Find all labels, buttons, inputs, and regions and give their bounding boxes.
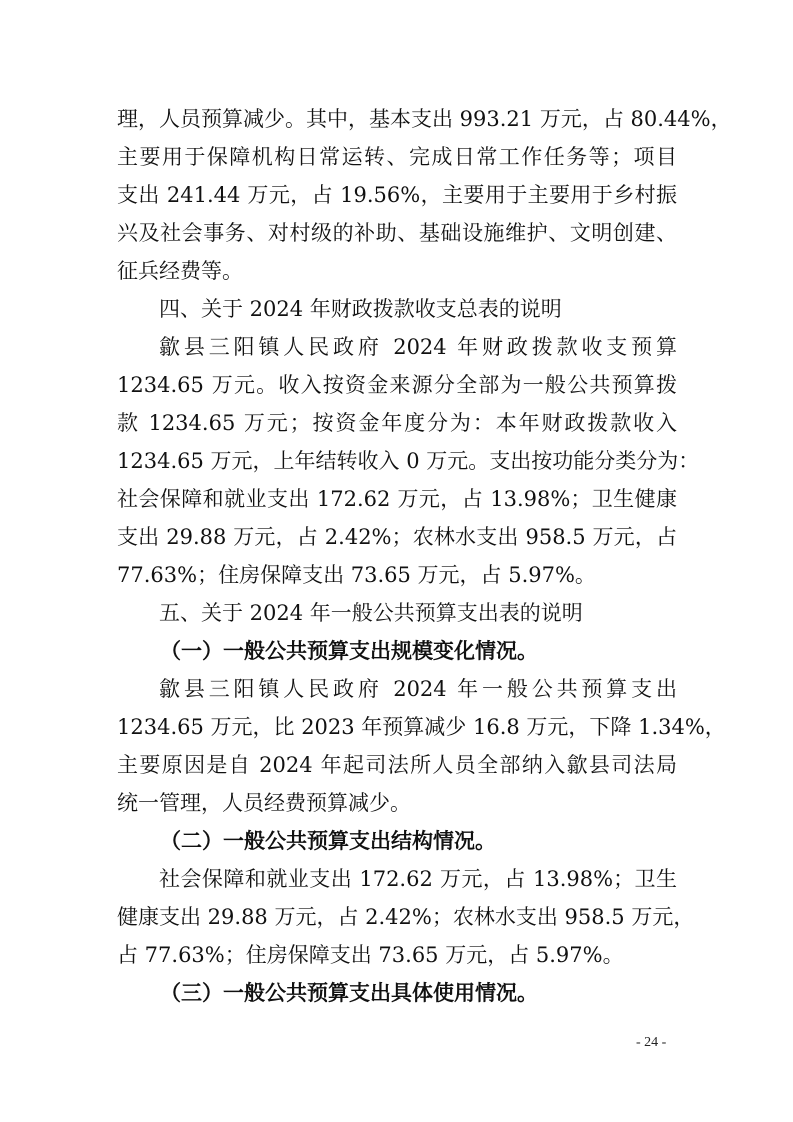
- subheading-2: （二）一般公共预算支出结构情况。: [160, 822, 496, 860]
- section-heading-5: 五、关于 2024 年一般公共预算支出表的说明: [159, 594, 583, 632]
- paragraph-line: 支出 29.88 万元，占 2.42%；农林水支出 958.5 万元，占: [117, 518, 677, 556]
- section-heading-4: 四、关于 2024 年财政拨款收支总表的说明: [159, 290, 562, 328]
- paragraph-line: 社会保障和就业支出 172.62 万元，占 13.98%；卫生健康: [117, 480, 677, 518]
- paragraph-line: 兴及社会事务、对村级的补助、基础设施维护、文明创建、: [117, 214, 677, 252]
- paragraph-line: 理，人员预算减少。其中，基本支出 993.21 万元，占 80.44%，: [117, 100, 677, 138]
- paragraph-line: 1234.65 万元，上年结转收入 0 万元。支出按功能分类分为：: [117, 442, 677, 480]
- paragraph-line: 征兵经费等。: [117, 252, 677, 290]
- paragraph-line: 77.63%；住房保障支出 73.65 万元，占 5.97%。: [117, 556, 677, 594]
- page-number: - 24 -: [636, 1033, 666, 1053]
- paragraph-line: 社会保障和就业支出 172.62 万元，占 13.98%；卫生: [159, 860, 677, 898]
- paragraph-line: 歙县三阳镇人民政府 2024 年一般公共预算支出: [159, 670, 677, 708]
- paragraph-line: 款 1234.65 万元；按资金年度分为：本年财政拨款收入: [117, 404, 677, 442]
- document-page: 理，人员预算减少。其中，基本支出 993.21 万元，占 80.44%， 主要用…: [0, 0, 793, 1122]
- paragraph-line: 统一管理，人员经费预算减少。: [117, 784, 677, 822]
- subheading-3: （三）一般公共预算支出具体使用情况。: [160, 974, 538, 1012]
- paragraph-line: 支出 241.44 万元，占 19.56%，主要用于主要用于乡村振: [117, 176, 677, 214]
- paragraph-line: 歙县三阳镇人民政府 2024 年财政拨款收支预算: [159, 328, 677, 366]
- paragraph-line: 1234.65 万元，比 2023 年预算减少 16.8 万元，下降 1.34%…: [117, 708, 677, 746]
- paragraph-line: 1234.65 万元。收入按资金来源分全部为一般公共预算拨: [117, 366, 677, 404]
- paragraph-line: 占 77.63%；住房保障支出 73.65 万元，占 5.97%。: [117, 936, 677, 974]
- paragraph-line: 主要用于保障机构日常运转、完成日常工作任务等；项目: [117, 138, 677, 176]
- paragraph-line: 健康支出 29.88 万元，占 2.42%；农林水支出 958.5 万元，: [117, 898, 677, 936]
- subheading-1: （一）一般公共预算支出规模变化情况。: [160, 632, 538, 670]
- paragraph-line: 主要原因是自 2024 年起司法所人员全部纳入歙县司法局: [117, 746, 677, 784]
